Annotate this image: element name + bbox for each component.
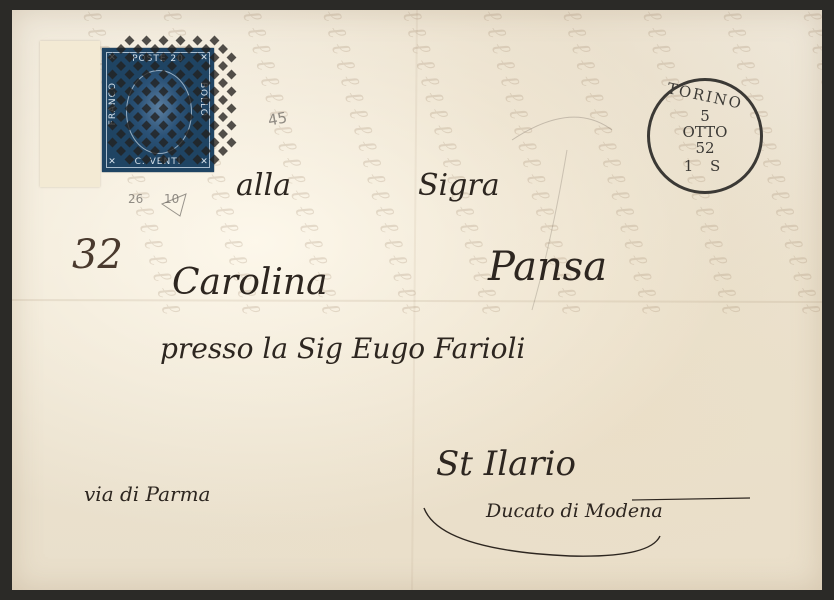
postmark-year: 52 — [650, 141, 760, 156]
pencil-note: 45 — [267, 108, 289, 129]
addressee-first-name: Carolina — [172, 262, 328, 303]
rate-marking: 32 — [72, 232, 123, 278]
district-underline — [630, 486, 760, 506]
sheet-margin-selvage — [40, 41, 100, 187]
address-salutation: alla — [236, 168, 291, 203]
addressee-surname: Pansa — [488, 244, 607, 290]
address-title: Sigra — [418, 168, 500, 203]
circular-datestamp: TORINO 5 OTTO 52 1 S — [647, 78, 763, 194]
postmark-day: 5 — [650, 109, 760, 124]
postmark-time: 1 S — [650, 159, 760, 174]
pencil-triangle-mark — [160, 190, 190, 220]
underline-flourish — [420, 500, 680, 570]
routing-instruction: via di Parma — [84, 482, 210, 506]
address-town: St Ilario — [436, 444, 576, 484]
pencil-note: 26 — [128, 192, 143, 206]
address-care-of: presso la Sig Eugo Farioli — [160, 332, 525, 365]
postmark-month: OTTO — [650, 125, 760, 140]
dotted-lozenge-cancel — [92, 30, 252, 170]
